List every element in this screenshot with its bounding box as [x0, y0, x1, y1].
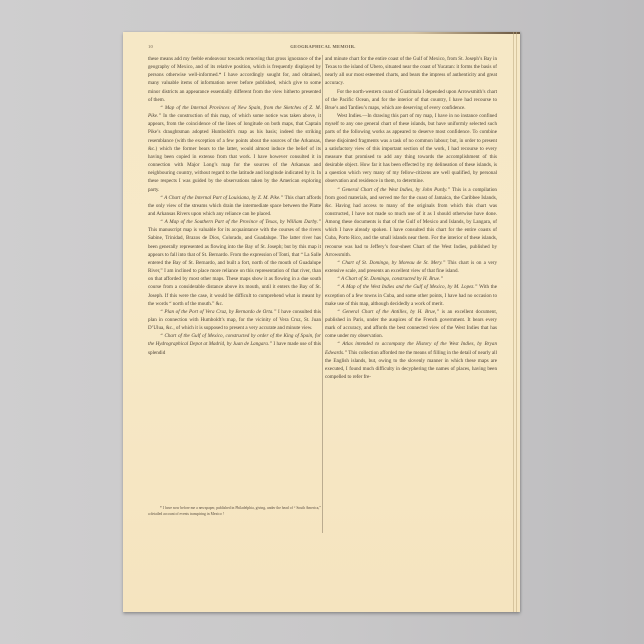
paragraph: “ Chart of the Gulf of Mexico, construct… [148, 332, 321, 356]
map-title: “ A Map of the West Indies and the Gulf … [337, 284, 478, 290]
map-title: “ A Map of the Southern Part of the Prov… [160, 219, 321, 225]
paragraph: and minute chart for the entire coast of… [325, 55, 497, 88]
map-title: “ A Chart of St. Domingo, constructed by… [337, 276, 443, 282]
page-edge-line [513, 32, 514, 612]
paragraph-text: these means add my feeble endeavour towa… [148, 56, 321, 103]
left-column: these means add my feeble endeavour towa… [148, 55, 321, 357]
page-header: 10 GEOGRAPHICAL MEMOIR. [148, 44, 498, 54]
footnote: * I have now before me a newspaper, publ… [148, 505, 321, 518]
paragraph-text: West Indies.—In drawing this part of my … [325, 113, 497, 184]
paragraph-text: This collection afforded me the means of… [325, 350, 497, 380]
paragraph: “ Atlas intended to accompany the Histor… [325, 340, 497, 381]
paragraph-text: This is a compilation from good material… [325, 187, 497, 258]
paragraph-text: In the construction of this map, of whic… [148, 113, 321, 192]
paragraph-text: This manuscript map is valuable for its … [148, 227, 321, 306]
column-divider [322, 55, 323, 533]
footnote-text: * I have now before me a newspaper, publ… [148, 505, 321, 518]
paragraph: “ A Chart of St. Domingo, constructed by… [325, 275, 497, 283]
paragraph: “ General Chart of the Antilles, by H. B… [325, 308, 497, 341]
document-page: 10 GEOGRAPHICAL MEMOIR. these means add … [123, 32, 520, 612]
map-title: “ General Chart of the Antilles, by H. B… [337, 309, 439, 315]
paragraph: “ A Chart of the Internal Part of Louisi… [148, 194, 321, 218]
paragraph: West Indies.—In drawing this part of my … [325, 112, 497, 185]
map-title: “ A Chart of the Internal Part of Louisi… [160, 195, 283, 201]
paragraph: For the north-western coast of Guatimala… [325, 88, 497, 112]
map-title: “ Plan of the Port of Vera Cruz, by Bern… [160, 309, 276, 315]
paragraph-text: For the north-western coast of Guatimala… [325, 89, 497, 111]
paragraph: “ Chart of St. Domingo, by Moreau de St.… [325, 259, 497, 275]
paragraph-text: and minute chart for the entire coast of… [325, 56, 497, 86]
map-title: “ General Chart of the West Indies, by J… [337, 187, 450, 193]
paragraph: these means add my feeble endeavour towa… [148, 55, 321, 104]
page-edge-line [516, 32, 517, 612]
paragraph: “ Plan of the Port of Vera Cruz, by Bern… [148, 308, 321, 332]
map-title: “ Chart of St. Domingo, by Moreau de St.… [337, 260, 445, 266]
paragraph: “ General Chart of the West Indies, by J… [325, 186, 497, 259]
paragraph: “ A Map of the Southern Part of the Prov… [148, 218, 321, 308]
right-column: and minute chart for the entire coast of… [325, 55, 497, 381]
running-head: GEOGRAPHICAL MEMOIR. [148, 44, 498, 49]
paragraph: “ Map of the Internal Provinces of New S… [148, 104, 321, 194]
paragraph: “ A Map of the West Indies and the Gulf … [325, 283, 497, 307]
